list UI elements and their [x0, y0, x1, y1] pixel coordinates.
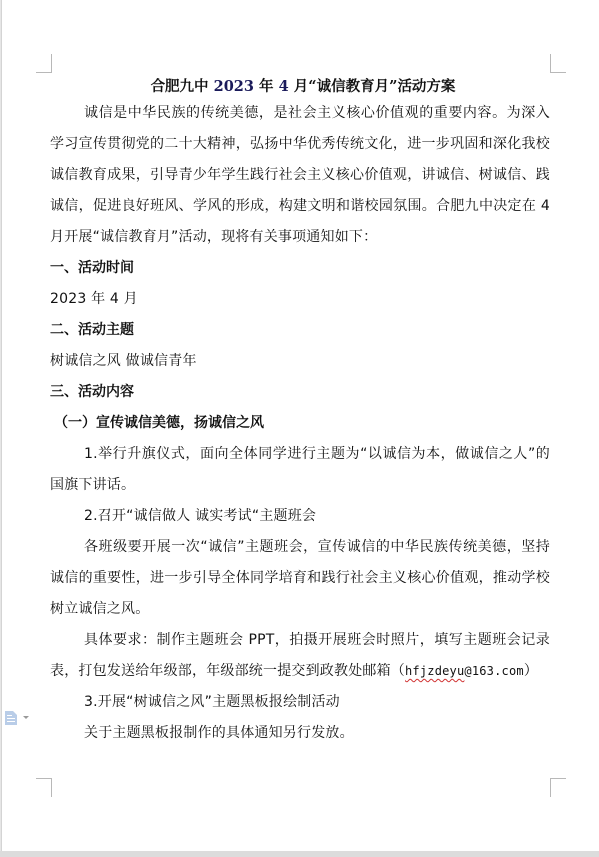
- intro-paragraph: 诚信是中华民族的传统美德，是社会主义核心价值观的重要内容。为深入学习宣传贯彻党的…: [50, 98, 550, 253]
- title-text: 合肥九中: [151, 78, 214, 95]
- document-page: 合肥九中 2023 年 4 月“诚信教育月”活动方案 诚信是中华民族的传统美德，…: [1, 0, 599, 851]
- section-heading-theme: 二、活动主题: [50, 315, 550, 346]
- requirements-close: ）: [524, 663, 538, 679]
- paragraph-options-icon[interactable]: [5, 711, 17, 725]
- section-body-time: 2023 年 4 月: [50, 284, 550, 315]
- crop-mark-bottom-left: [36, 778, 52, 797]
- item-2-heading: 2.召开“诚信做人 诚实考试“主题班会: [50, 501, 550, 532]
- email-misspelled-part[interactable]: hfjzdeyu: [405, 664, 464, 678]
- title-month: 4: [279, 78, 289, 95]
- title-text: 活动方案: [397, 78, 455, 95]
- crop-mark-top-right: [550, 54, 566, 73]
- email-domain: @163.com: [464, 664, 523, 678]
- subsection-heading-1: （一）宣传诚信美德，扬诚信之风: [50, 408, 550, 439]
- item-2-body: 各班级要开展一次“诚信”主题班会，宣传诚信的中华民族传统美德，坚持诚信的重要性，…: [50, 532, 550, 625]
- item-1: 1.举行升旗仪式，面向全体同学进行主题为“以诚信为本，做诚信之人”的国旗下讲话。: [50, 439, 550, 501]
- title-text: 年: [254, 78, 279, 95]
- crop-mark-top-left: [36, 54, 52, 73]
- section-heading-time: 一、活动时间: [50, 253, 550, 284]
- document-body[interactable]: 合肥九中 2023 年 4 月“诚信教育月”活动方案 诚信是中华民族的传统美德，…: [50, 76, 550, 749]
- title-text: 月: [289, 78, 309, 95]
- section-heading-content: 三、活动内容: [50, 377, 550, 408]
- item-3-heading: 3.开展“树诚信之风”主题黑板报绘制活动: [50, 687, 550, 718]
- item-3-body: 关于主题黑板报制作的具体通知另行发放。: [50, 718, 550, 749]
- title-year: 2023: [214, 78, 254, 95]
- item-2-requirements: 具体要求：制作主题班会 PPT，拍摄开展班会时照片，填写主题班会记录表，打包发送…: [50, 625, 550, 687]
- page-gap: [0, 851, 599, 857]
- section-body-theme: 树诚信之风 做诚信青年: [50, 346, 550, 377]
- title-quote: “诚信教育月”: [308, 78, 397, 95]
- crop-mark-bottom-right: [550, 778, 566, 797]
- document-title: 合肥九中 2023 年 4 月“诚信教育月”活动方案: [56, 76, 550, 98]
- chevron-down-icon[interactable]: [23, 716, 29, 719]
